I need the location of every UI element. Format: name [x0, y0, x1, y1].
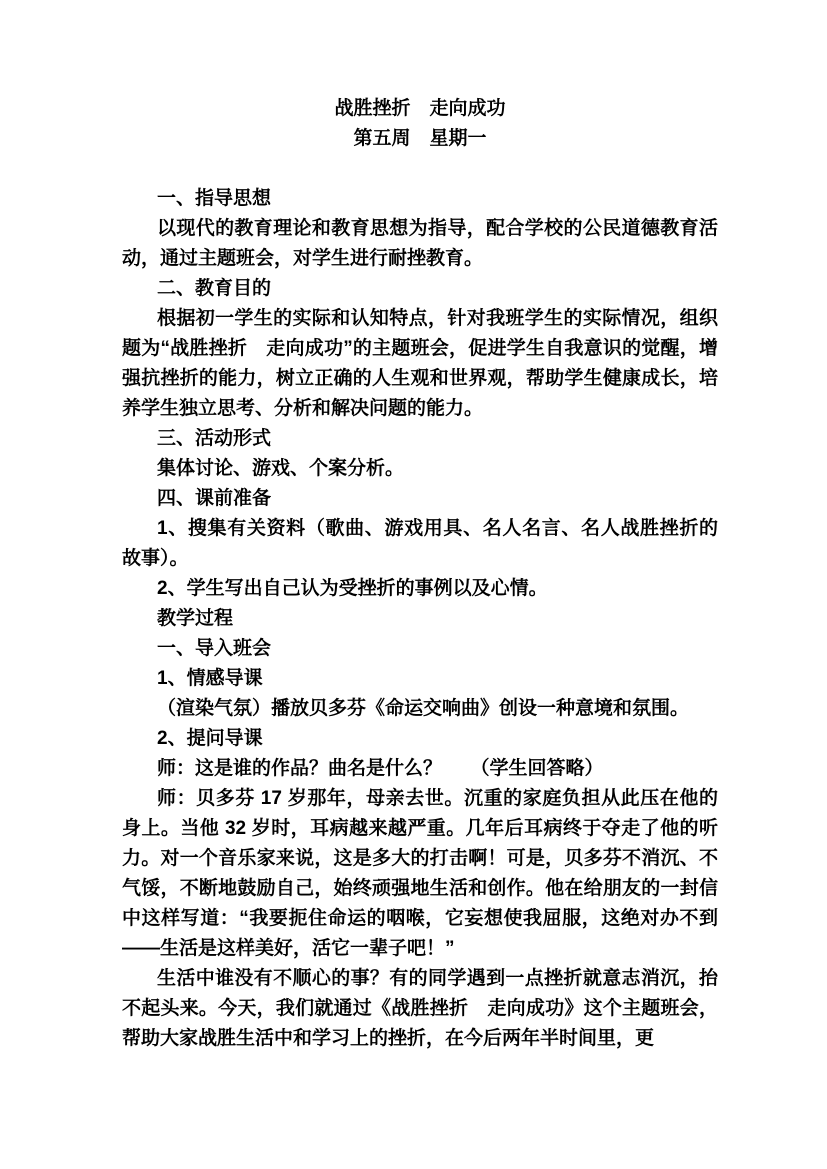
paragraph-heading-intro: 一、导入班会: [122, 634, 718, 664]
paragraph-intro-item-2: 2、提问导课: [122, 724, 718, 754]
paragraph-heading-1: 一、指导思想: [122, 184, 718, 214]
document-subtitle: 第五周 星期一: [122, 124, 718, 154]
blank-line: [122, 154, 718, 184]
paragraph-teacher-question: 师：这是谁的作品？曲名是什么？ （学生回答略）: [122, 754, 718, 784]
paragraph-intro-item-1: 1、情感导课: [122, 664, 718, 694]
paragraph-intro-body-1: （渲染气氛）播放贝多芬《命运交响曲》创设一种意境和氛围。: [122, 694, 718, 724]
paragraph-body-3: 集体讨论、游戏、个案分析。: [122, 454, 718, 484]
paragraph-body-2: 根据初一学生的实际和认知特点，针对我班学生的实际情况，组织题为“战胜挫折 走向成…: [122, 304, 718, 424]
paragraph-heading-2: 二、教育目的: [122, 274, 718, 304]
paragraph-teacher-story: 师：贝多芬 17 岁那年，母亲去世。沉重的家庭负担从此压在他的身上。当他 32 …: [122, 784, 718, 964]
paragraph-closing: 生活中谁没有不顺心的事？有的同学遇到一点挫折就意志消沉，抬不起头来。今天，我们就…: [122, 964, 718, 1054]
paragraph-heading-process: 教学过程: [122, 604, 718, 634]
paragraph-prep-item-2: 2、学生写出自己认为受挫折的事例以及心情。: [122, 574, 718, 604]
paragraph-heading-3: 三、活动形式: [122, 424, 718, 454]
paragraph-heading-4: 四、课前准备: [122, 484, 718, 514]
paragraph-body-1: 以现代的教育理论和教育思想为指导，配合学校的公民道德教育活动，通过主题班会，对学…: [122, 214, 718, 274]
paragraph-prep-item-1: 1、搜集有关资料（歌曲、游戏用具、名人名言、名人战胜挫折的故事）。: [122, 514, 718, 574]
document-page: 战胜挫折 走向成功 第五周 星期一 一、指导思想 以现代的教育理论和教育思想为指…: [0, 0, 827, 1169]
document-title: 战胜挫折 走向成功: [122, 94, 718, 124]
